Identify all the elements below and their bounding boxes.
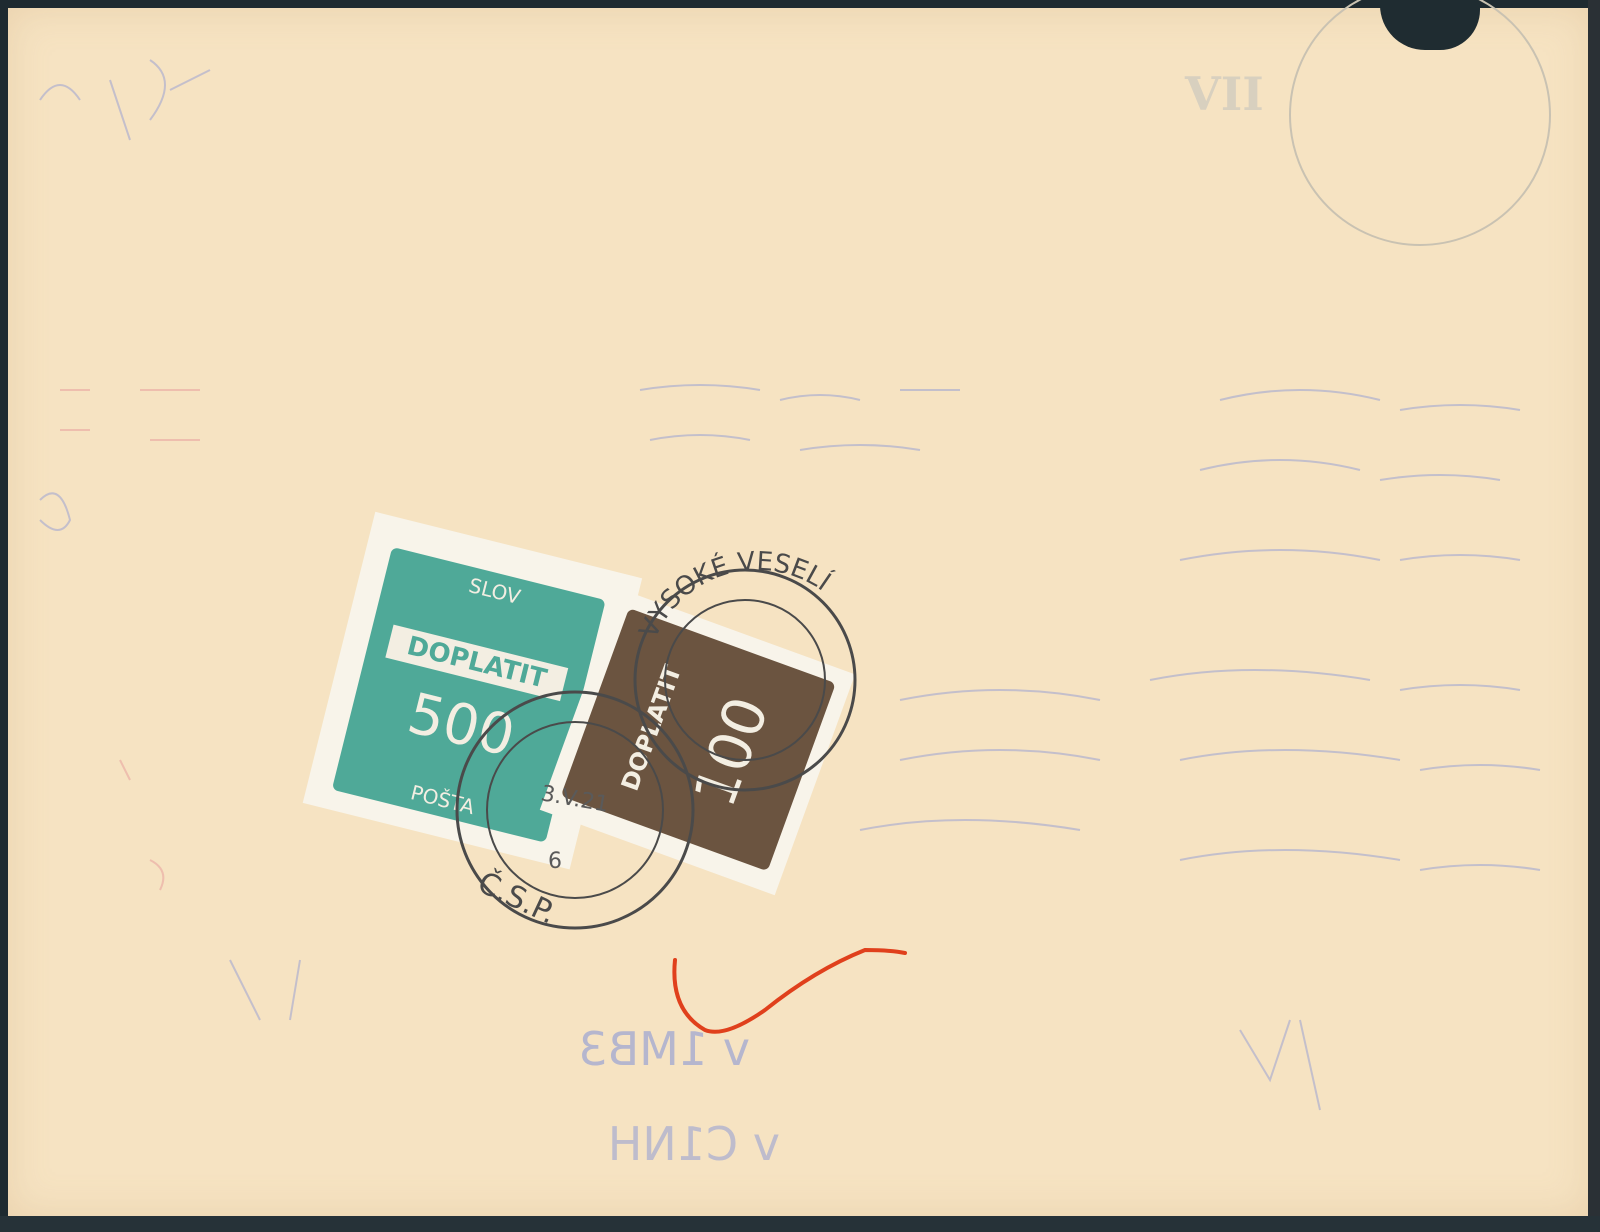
blue-pencil-note-2: v C1NH xyxy=(608,1117,780,1171)
postmark-hour: 6 xyxy=(548,849,562,874)
red-check-mark xyxy=(674,950,905,1032)
faded-red-marks xyxy=(60,390,200,890)
faded-postmark-text: VII xyxy=(1184,67,1264,121)
blue-pencil-note-1: v 1MB3 xyxy=(578,1022,750,1076)
cover-artwork: DOPLATIT 500 SLOV POŠTA DOPLATIT 100 VYS… xyxy=(0,0,1600,1232)
faded-handwriting xyxy=(40,60,1540,1110)
faded-postmark xyxy=(1290,0,1550,245)
